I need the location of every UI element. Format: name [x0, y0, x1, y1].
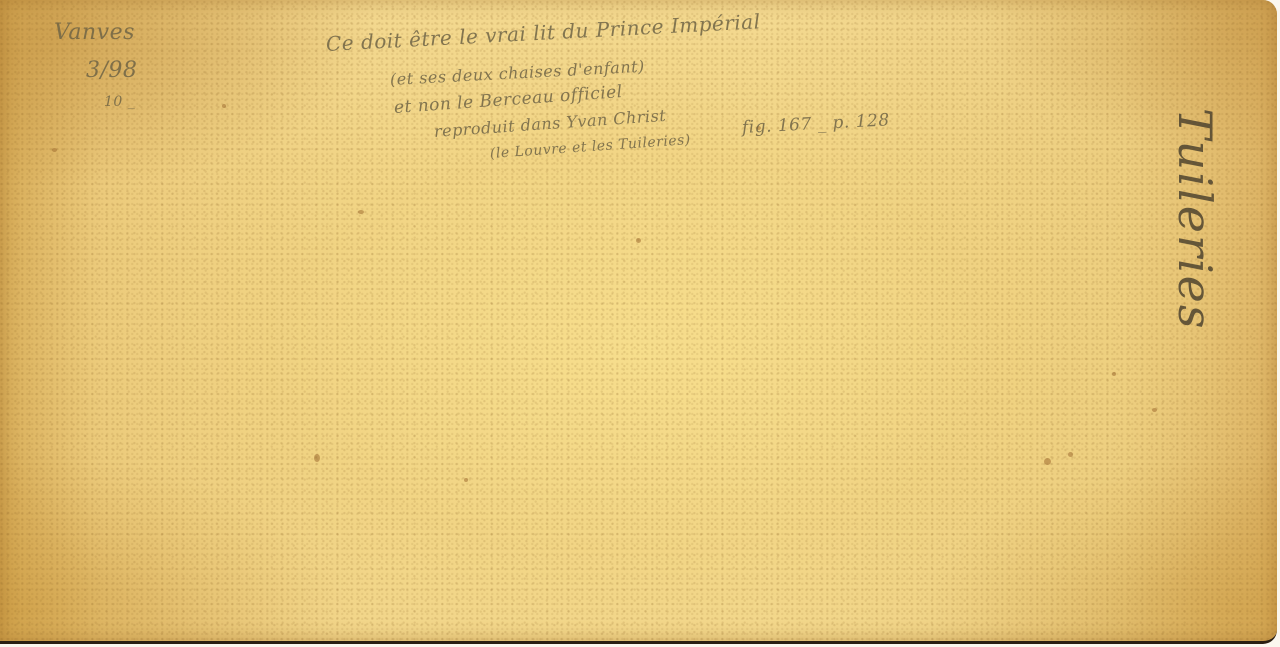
foxing-spot — [358, 210, 364, 214]
foxing-spot — [636, 238, 641, 243]
note-line-1: Ce doit être le vrai lit du Prince Impér… — [325, 9, 761, 56]
foxing-spot — [1152, 408, 1157, 412]
scanned-document: Vanves 3/98 10 _ Ce doit être le vrai li… — [0, 0, 1280, 647]
note-line-5: (le Louvre et les Tuileries) — [489, 132, 691, 162]
stereoview-card-back: Vanves 3/98 10 _ Ce doit être le vrai li… — [0, 0, 1277, 644]
foxing-spot — [1112, 372, 1116, 376]
foxing-spot — [1044, 458, 1051, 465]
foxing-spot — [222, 104, 226, 108]
location-label: Tuileries — [1168, 108, 1222, 330]
inventory-price: 10 _ — [104, 94, 135, 110]
foxing-spot — [52, 148, 57, 152]
foxing-spot — [464, 478, 468, 482]
inventory-number: 3/98 — [86, 58, 137, 83]
figure-reference: fig. 167 _ p. 128 — [741, 110, 890, 138]
inventory-place: Vanves — [54, 20, 135, 45]
foxing-spot — [1068, 452, 1073, 457]
foxing-spot — [314, 454, 320, 462]
